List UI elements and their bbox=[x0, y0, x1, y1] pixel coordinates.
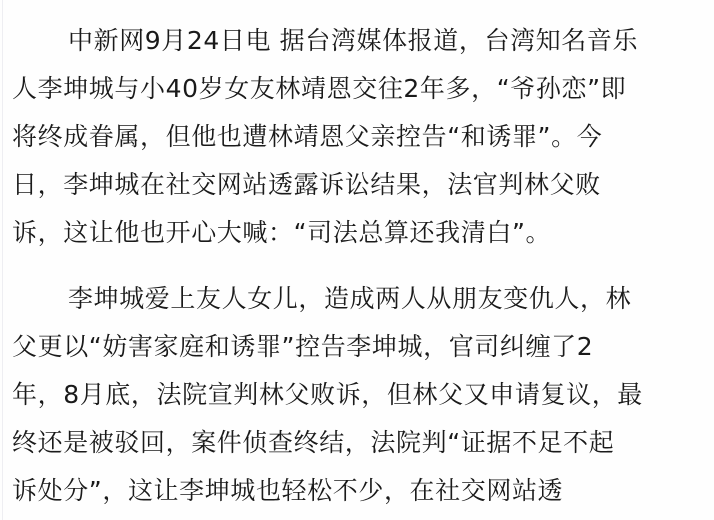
paragraph-1-line-5: 诉，这让他也开心大喊：“司法总算还我清白”。 bbox=[12, 218, 551, 248]
document-page: 中新网9月24日电 据台湾媒体报道，台湾知名音乐 人李坤城与小40岁女友林靖恩交… bbox=[0, 0, 714, 520]
paragraph-1-line-3: 将终成眷属，但他也遭林靖恩父亲控告“和诱罪”。今 bbox=[12, 122, 602, 152]
paragraph-2-line-1: 李坤城爱上友人女儿，造成两人从朋友变仇人，林 bbox=[68, 284, 631, 314]
paragraph-2-line-5: 诉处分”，这让李坤城也轻松不少，在社交网站透 bbox=[12, 476, 563, 506]
paragraph-1-line-2: 人李坤城与小40岁女友林靖恩交往2年多，“爷孙恋”即 bbox=[12, 74, 626, 104]
paragraph-1-line-4: 日，李坤城在社交网站透露诉讼结果，法官判林父败 bbox=[12, 170, 601, 200]
page-edge-divider bbox=[2, 0, 3, 520]
paragraph-1-line-1: 中新网9月24日电 据台湾媒体报道，台湾知名音乐 bbox=[68, 26, 638, 56]
paragraph-2-line-3: 年，8月底，法院宣判林父败诉，但林父又申请复议，最 bbox=[12, 380, 643, 410]
paragraph-2-line-2: 父更以“妨害家庭和诱罪”控告李坤城，官司纠缠了2 bbox=[12, 332, 593, 362]
paragraph-2-line-4: 终还是被驳回，案件侦查终结，法院判“证据不足不起 bbox=[12, 428, 614, 458]
